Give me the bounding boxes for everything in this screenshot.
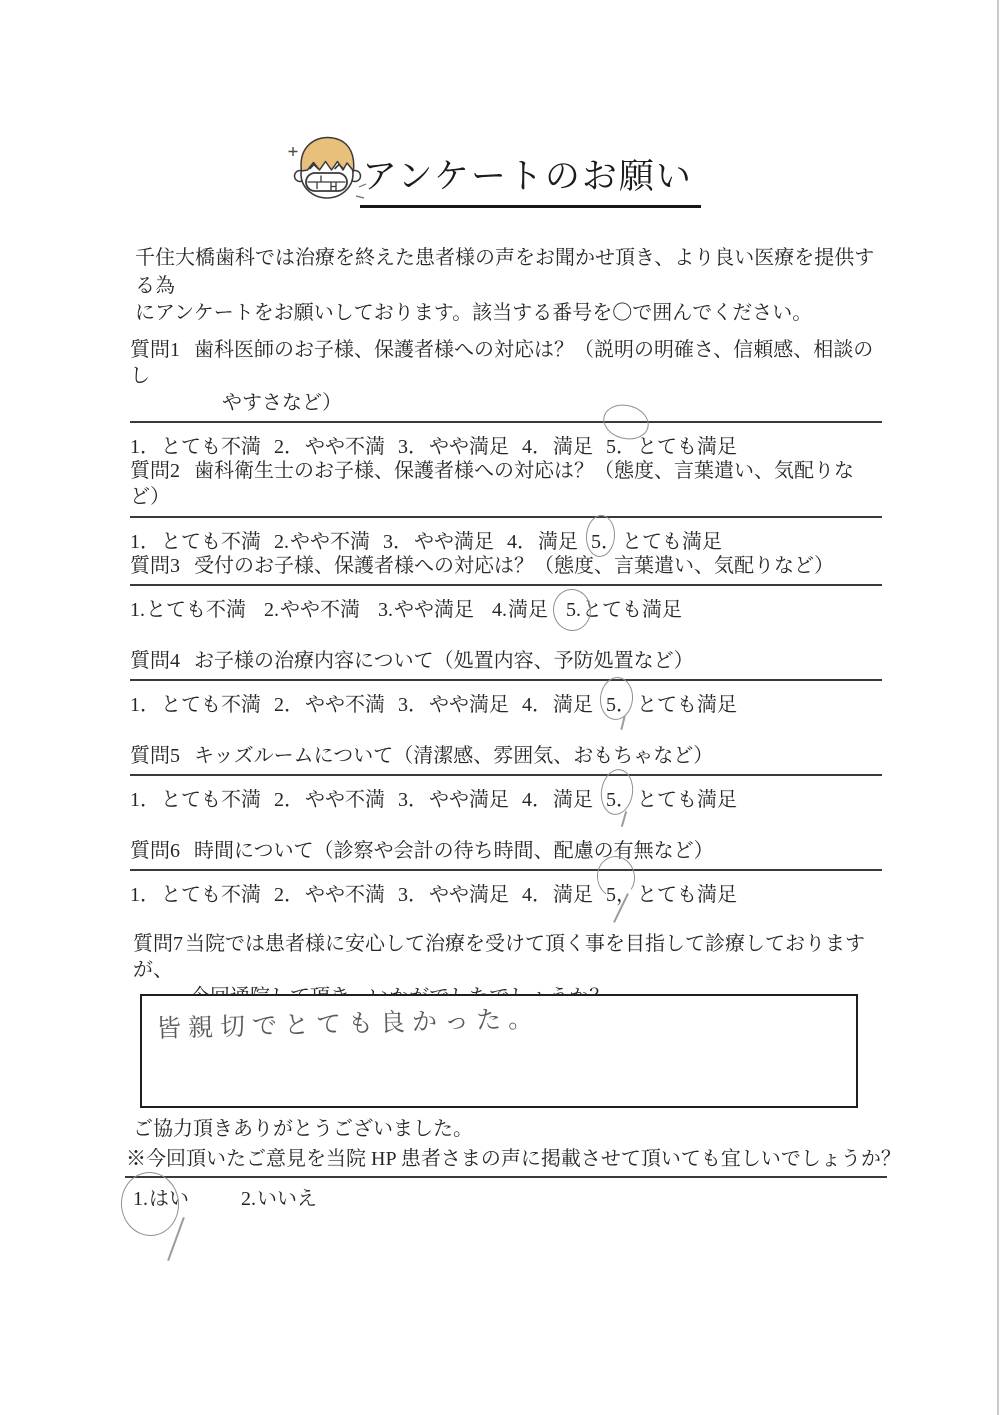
circle-tail bbox=[167, 1217, 185, 1261]
option-label: とても不満 bbox=[146, 599, 246, 621]
option-number: 1. bbox=[130, 599, 145, 621]
option-number: 5. bbox=[566, 599, 581, 621]
option-number: 4． bbox=[522, 789, 552, 811]
option-item: 3．やや満足 bbox=[398, 688, 509, 717]
option-item: 4．満足 bbox=[522, 783, 593, 812]
comment-box: 皆親切でとても良かった。 bbox=[140, 994, 858, 1108]
option-label: やや不満 bbox=[290, 531, 370, 553]
option-label: とても満足 bbox=[637, 694, 737, 716]
question-label: 質問6 bbox=[130, 840, 180, 862]
consent-choices: 1.はい 2.いいえ bbox=[133, 1182, 317, 1211]
divider-rule bbox=[130, 774, 882, 776]
option-item: 2.やや不満 bbox=[264, 593, 360, 622]
intro-line2: にアンケートをお願いしております。該当する番号を〇で囲んでください。 bbox=[135, 302, 812, 324]
option-item-selected: 5．とても満足 bbox=[606, 688, 737, 717]
question-block-6: 質問6時間について（診察や会計の待ち時間、配慮の有無など） 1．とても不満 2．… bbox=[130, 838, 882, 907]
question-block-1: 質問1歯科医師のお子様、保護者様への対応は？（説明の明確さ、信頼感、相談のしやす… bbox=[130, 337, 882, 459]
options-row: 1.とても不満 2.やや不満 3.やや満足 4.満足 5.とても満足 bbox=[130, 593, 882, 622]
choice-no: 2.いいえ bbox=[241, 1182, 317, 1211]
option-label: とても満足 bbox=[637, 789, 737, 811]
divider-rule bbox=[130, 421, 882, 423]
option-label: やや不満 bbox=[305, 884, 385, 906]
question-block-4: 質問4お子様の治療内容について（処置内容、予防処置など） 1．とても不満 2．や… bbox=[130, 648, 882, 717]
option-number: 4． bbox=[522, 436, 552, 458]
choice-label: はい bbox=[149, 1188, 189, 1210]
option-item: 2．やや不満 bbox=[274, 783, 385, 812]
question-label: 質問3 bbox=[130, 555, 180, 577]
choice-number: 1. bbox=[133, 1188, 148, 1210]
option-number: 4. bbox=[492, 599, 507, 621]
intro-line1: 千住大橋歯科では治療を終えた患者様の声をお聞かせ頂き、より良い医療を提供する為 bbox=[135, 247, 874, 297]
option-item-selected: 5．とても満足 bbox=[606, 430, 737, 459]
divider-rule bbox=[130, 584, 882, 586]
option-label: やや不満 bbox=[305, 694, 385, 716]
thanks-text: ご協力頂きありがとうございました。 bbox=[133, 1112, 473, 1141]
option-item: 4.満足 bbox=[492, 593, 548, 622]
question-block-2: 質問2歯科衛生士のお子様、保護者様への対応は？（態度、言葉遣い、気配りなど） 1… bbox=[130, 458, 882, 554]
option-item: 1.とても不満 bbox=[130, 593, 246, 622]
divider-rule bbox=[130, 869, 882, 871]
option-item: 3.やや満足 bbox=[378, 593, 474, 622]
page-title: アンケートのお願い bbox=[360, 149, 701, 208]
option-number: 3． bbox=[398, 884, 428, 906]
question-text: 質問2歯科衛生士のお子様、保護者様への対応は？（態度、言葉遣い、気配りなど） bbox=[130, 458, 882, 511]
option-item: 4．満足 bbox=[507, 525, 578, 554]
choice-number: 2. bbox=[241, 1188, 256, 1210]
option-label: とても不満 bbox=[161, 789, 261, 811]
option-label: 満足 bbox=[553, 436, 593, 458]
option-number: 3． bbox=[398, 436, 428, 458]
option-number: 3． bbox=[383, 531, 413, 553]
option-item: 3．やや満足 bbox=[398, 430, 509, 459]
option-label: やや満足 bbox=[429, 694, 509, 716]
circle-tail bbox=[620, 716, 625, 730]
option-number: 1． bbox=[130, 531, 160, 553]
option-item-selected: 5．とても満足 bbox=[591, 525, 722, 554]
option-item: 2．やや不満 bbox=[274, 688, 385, 717]
option-label: とても満足 bbox=[637, 884, 737, 906]
question-text: 質問5キッズルームについて（清潔感、雰囲気、おもちゃなど） bbox=[130, 743, 882, 769]
option-number: 1． bbox=[130, 789, 160, 811]
choice-label: いいえ bbox=[257, 1188, 317, 1210]
option-item: 2.やや不満 bbox=[274, 525, 370, 554]
question-block-5: 質問5キッズルームについて（清潔感、雰囲気、おもちゃなど） 1．とても不満 2．… bbox=[130, 743, 882, 812]
smiling-child-face-icon bbox=[284, 130, 368, 208]
options-row: 1．とても不満 2．やや不満 3．やや満足 4．満足 5．とても満足 bbox=[130, 688, 882, 717]
options-row: 1．とても不満 2．やや不満 3．やや満足 4．満足 5．とても満足 bbox=[130, 783, 882, 812]
question-label: 質問4 bbox=[130, 650, 180, 672]
option-number: 4． bbox=[522, 884, 552, 906]
option-number: 2． bbox=[274, 694, 304, 716]
question-text: 質問6時間について（診察や会計の待ち時間、配慮の有無など） bbox=[130, 838, 882, 864]
option-label: 満足 bbox=[508, 599, 548, 621]
option-label: やや不満 bbox=[305, 789, 385, 811]
option-item: 1．とても不満 bbox=[130, 525, 261, 554]
divider-rule bbox=[130, 516, 882, 518]
option-item-selected: 5，とても満足 bbox=[606, 878, 737, 907]
divider-rule bbox=[130, 679, 882, 681]
options-row: 1．とても不満 2．やや不満 3．やや満足 4．満足 5．とても満足 bbox=[130, 430, 882, 459]
option-number: 2． bbox=[274, 789, 304, 811]
option-label: 満足 bbox=[553, 789, 593, 811]
option-number: 2. bbox=[264, 599, 279, 621]
option-label: やや不満 bbox=[280, 599, 360, 621]
option-label: とても不満 bbox=[161, 531, 261, 553]
option-item: 1．とても不満 bbox=[130, 688, 261, 717]
option-number: 3． bbox=[398, 789, 428, 811]
option-number: 3． bbox=[398, 694, 428, 716]
option-item: 4．満足 bbox=[522, 878, 593, 907]
options-row: 1．とても不満 2．やや不満 3．やや満足 4．満足 5，とても満足 bbox=[130, 878, 882, 907]
option-label: 満足 bbox=[553, 694, 593, 716]
option-number: 4． bbox=[522, 694, 552, 716]
consent-question: ※今回頂いたご意見を当院 HP 患者さまの声に掲載させて頂いても宜しいでしょうか… bbox=[126, 1142, 901, 1171]
option-number: 5． bbox=[591, 531, 621, 553]
circle-tail bbox=[621, 811, 627, 827]
option-item: 1．とても不満 bbox=[130, 430, 261, 459]
option-item: 4．満足 bbox=[522, 688, 593, 717]
scan-edge-artifact bbox=[997, 0, 999, 1415]
option-item-selected: 5．とても満足 bbox=[606, 783, 737, 812]
option-label: とても満足 bbox=[637, 436, 737, 458]
handwritten-comment: 皆親切でとても良かった。 bbox=[156, 999, 541, 1045]
option-item-selected: 5.とても満足 bbox=[566, 593, 682, 622]
divider-rule bbox=[125, 1176, 887, 1178]
sparkle-icon bbox=[289, 147, 298, 156]
option-label: とても不満 bbox=[161, 436, 261, 458]
question-label: 質問1 bbox=[130, 339, 180, 361]
option-label: 満足 bbox=[538, 531, 578, 553]
option-label: やや満足 bbox=[414, 531, 494, 553]
option-label: 満足 bbox=[553, 884, 593, 906]
option-number: 2. bbox=[274, 531, 289, 553]
option-number: 2． bbox=[274, 436, 304, 458]
question-text: 質問1歯科医師のお子様、保護者様への対応は？（説明の明確さ、信頼感、相談のしやす… bbox=[130, 337, 882, 416]
option-number: 5． bbox=[606, 789, 636, 811]
question-label: 質問5 bbox=[130, 745, 180, 767]
option-label: とても満足 bbox=[622, 531, 722, 553]
question-label: 質問2 bbox=[130, 460, 180, 482]
options-row: 1．とても不満 2.やや不満 3．やや満足 4．満足 5．とても満足 bbox=[130, 525, 882, 554]
question-text: 質問4お子様の治療内容について（処置内容、予防処置など） bbox=[130, 648, 882, 674]
intro-text: 千住大橋歯科では治療を終えた患者様の声をお聞かせ頂き、より良い医療を提供する為に… bbox=[135, 245, 885, 328]
option-number: 5． bbox=[606, 436, 636, 458]
option-item: 3．やや満足 bbox=[383, 525, 494, 554]
option-label: とても不満 bbox=[161, 694, 261, 716]
option-label: やや満足 bbox=[394, 599, 474, 621]
option-label: やや満足 bbox=[429, 884, 509, 906]
option-number: 1． bbox=[130, 884, 160, 906]
option-number: 2． bbox=[274, 884, 304, 906]
option-number: 4． bbox=[507, 531, 537, 553]
question-label: 質問7 bbox=[133, 933, 183, 955]
option-number: 3. bbox=[378, 599, 393, 621]
question-block-3: 質問3受付のお子様、保護者様への対応は？（態度、言葉遣い、気配りなど） 1.とて… bbox=[130, 553, 882, 622]
question-text: 当院では患者様に安心して治療を受けて頂く事を目指して診療しておりますが、 bbox=[133, 933, 865, 981]
option-item: 2．やや不満 bbox=[274, 878, 385, 907]
option-label: やや不満 bbox=[305, 436, 385, 458]
option-item: 4．満足 bbox=[522, 430, 593, 459]
option-item: 1．とても不満 bbox=[130, 783, 261, 812]
option-number: 5， bbox=[606, 884, 636, 906]
option-item: 3．やや満足 bbox=[398, 783, 509, 812]
option-label: やや満足 bbox=[429, 789, 509, 811]
option-label: とても満足 bbox=[582, 599, 682, 621]
option-item: 3．やや満足 bbox=[398, 878, 509, 907]
option-label: やや満足 bbox=[429, 436, 509, 458]
option-number: 1． bbox=[130, 436, 160, 458]
option-label: とても不満 bbox=[161, 884, 261, 906]
question-text: 質問3受付のお子様、保護者様への対応は？（態度、言葉遣い、気配りなど） bbox=[130, 553, 882, 579]
option-number: 5． bbox=[606, 694, 636, 716]
option-item: 2．やや不満 bbox=[274, 430, 385, 459]
header: アンケートのお願い bbox=[284, 130, 701, 208]
choice-yes-selected: 1.はい bbox=[133, 1182, 189, 1211]
scanned-survey-page: アンケートのお願い 千住大橋歯科では治療を終えた患者様の声をお聞かせ頂き、より良… bbox=[0, 0, 1000, 1415]
option-number: 1． bbox=[130, 694, 160, 716]
option-item: 1．とても不満 bbox=[130, 878, 261, 907]
